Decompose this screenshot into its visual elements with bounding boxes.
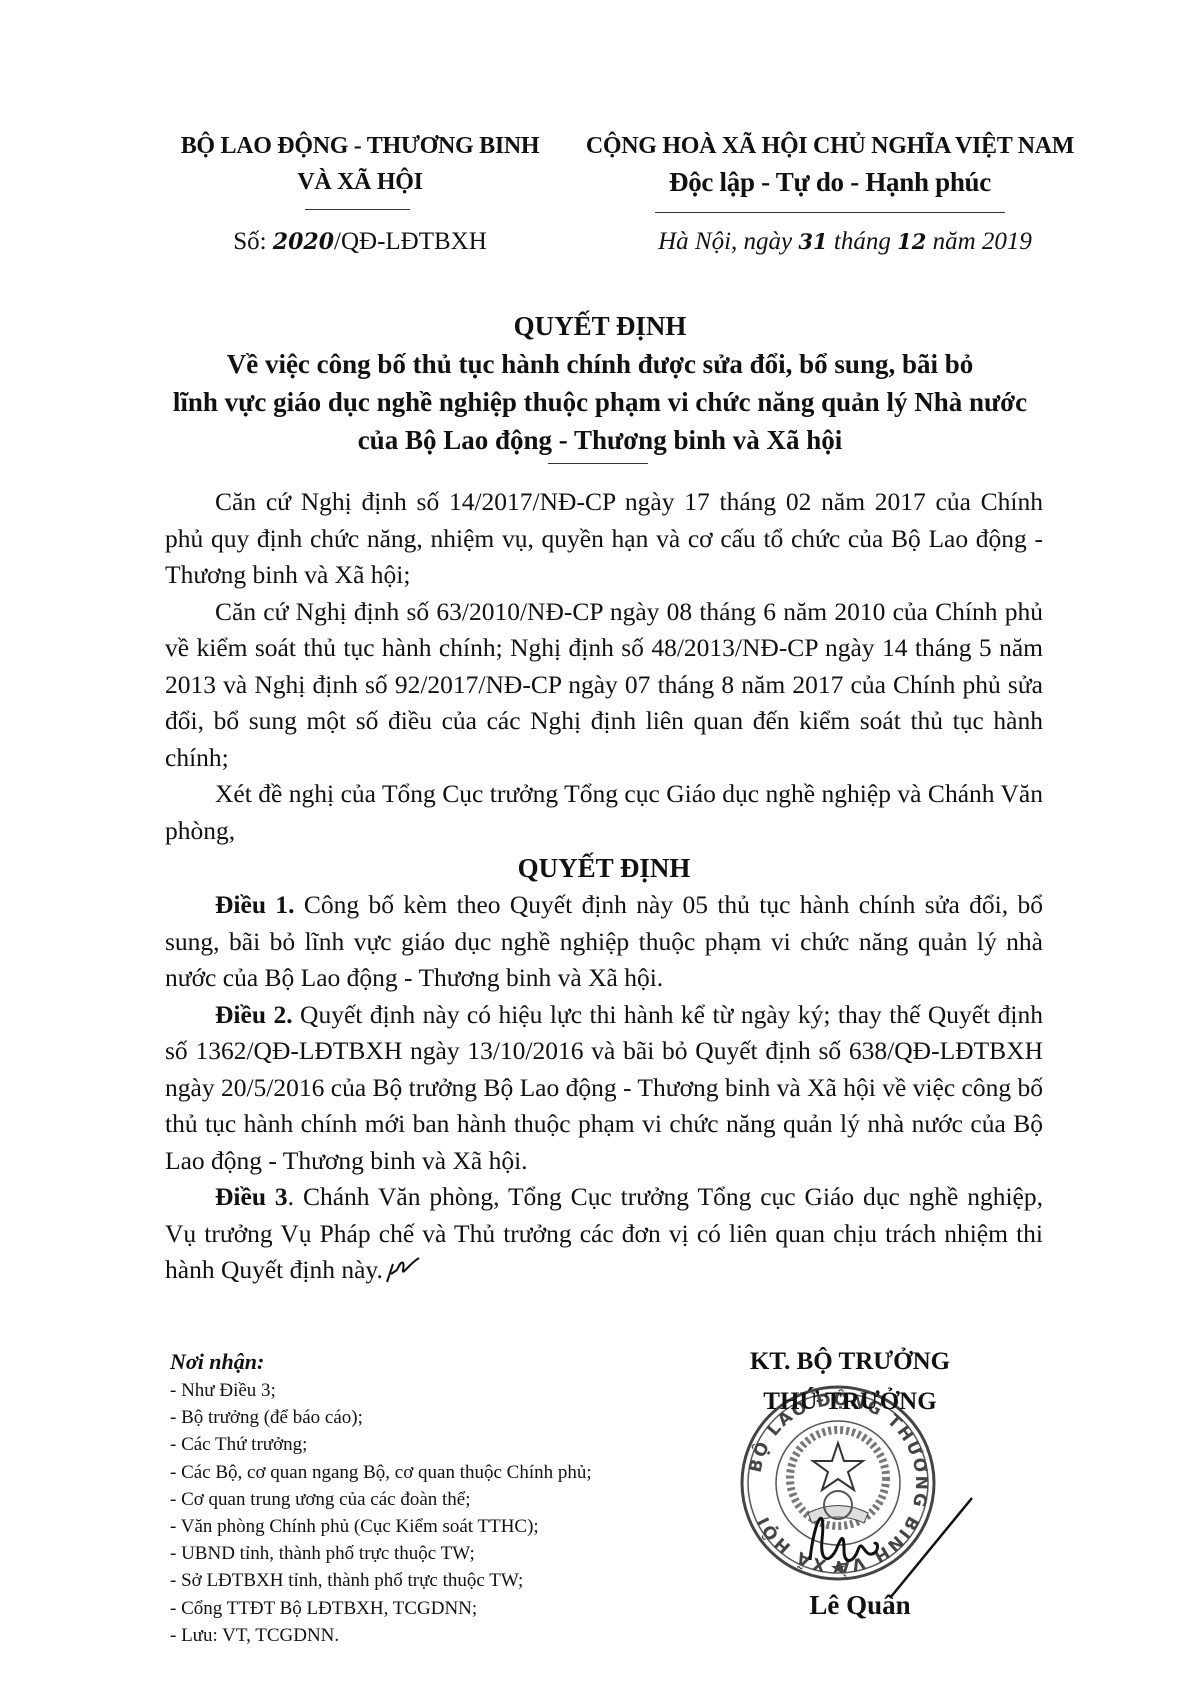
agency-underline: [305, 209, 410, 210]
recipient-item: - Như Điều 3;: [170, 1377, 690, 1404]
title-line-1: Về việc công bố thủ tục hành chính được …: [130, 345, 1070, 383]
article-2-label: Điều 2.: [215, 1000, 293, 1029]
country-name: CỘNG HOÀ XÃ HỘI CHỦ NGHĨA VIỆT NAM: [560, 128, 1100, 164]
title-line-3: của Bộ Lao động - Thương binh và Xã hội: [130, 421, 1070, 459]
article-2: Điều 2. Quyết định này có hiệu lực thi h…: [165, 997, 1043, 1180]
signature-block: KT. BỘ TRƯỞNG THỨ TRƯỞNG: [700, 1342, 1000, 1422]
recipient-item: - Bộ trưởng (để báo cáo);: [170, 1404, 690, 1431]
recipient-item: - Cổng TTĐT Bộ LĐTBXH, TCGDNN;: [170, 1595, 690, 1622]
recipient-item: - Các Thứ trưởng;: [170, 1431, 690, 1458]
signer-name: Lê Quân: [740, 1590, 980, 1621]
document-title: QUYẾT ĐỊNH Về việc công bố thủ tục hành …: [130, 307, 1070, 459]
recipient-item: - UBND tỉnh, thành phố trực thuộc TW;: [170, 1540, 690, 1567]
recipient-item: - Văn phòng Chính phủ (Cục Kiểm soát TTH…: [170, 1513, 690, 1540]
recipients-label: Nơi nhận:: [170, 1347, 690, 1377]
document-date: Hà Nội, ngày 31 tháng 12 năm 2019: [575, 228, 1115, 256]
title-heading: QUYẾT ĐỊNH: [130, 307, 1070, 345]
motto-underline: [655, 212, 1005, 213]
article-1-text: Công bố kèm theo Quyết định này 05 thủ t…: [165, 890, 1043, 992]
signature-title-1: KT. BỘ TRƯỞNG: [700, 1342, 1000, 1382]
preamble-3: Xét đề nghị của Tổng Cục trưởng Tổng cục…: [165, 776, 1043, 849]
signature-title-2: THỨ TRƯỞNG: [700, 1382, 1000, 1422]
preamble-2: Căn cứ Nghị định số 63/2010/NĐ-CP ngày 0…: [165, 594, 1043, 777]
article-3: Điều 3. Chánh Văn phòng, Tổng Cục trưởng…: [165, 1179, 1043, 1289]
doc-number-suffix: /QĐ-LĐTBXH: [334, 228, 487, 255]
article-1-label: Điều 1.: [215, 890, 295, 919]
date-year-label: năm: [926, 228, 982, 255]
article-3-label: Điều 3: [215, 1182, 288, 1211]
article-3-text: . Chánh Văn phòng, Tổng Cục trưởng Tổng …: [165, 1182, 1043, 1284]
article-1: Điều 1. Công bố kèm theo Quyết định này …: [165, 887, 1043, 997]
date-day: 31: [798, 229, 827, 254]
doc-number-handwritten: 2020: [273, 229, 334, 255]
doc-number-prefix: Số:: [233, 228, 273, 255]
agency-line-2: VÀ XÃ HỘI: [160, 164, 560, 200]
recipient-item: - Cơ quan trung ương của các đoàn thể;: [170, 1486, 690, 1513]
recipient-item: - Các Bộ, cơ quan ngang Bộ, cơ quan thuộ…: [170, 1459, 690, 1486]
date-place: Hà Nội, ngày: [658, 228, 798, 255]
agency-line-1: BỘ LAO ĐỘNG - THƯƠNG BINH: [160, 128, 560, 164]
recipient-item: - Lưu: VT, TCGDNN.: [170, 1622, 690, 1649]
title-underline: [548, 463, 648, 464]
recipient-item: - Sở LĐTBXH tỉnh, thành phố trực thuộc T…: [170, 1567, 690, 1594]
national-motto: Độc lập - Tự do - Hạnh phúc: [560, 164, 1100, 200]
preamble-1: Căn cứ Nghị định số 14/2017/NĐ-CP ngày 1…: [165, 484, 1043, 594]
document-number: Số: 2020/QĐ-LĐTBXH: [160, 228, 560, 256]
recipients-block: Nơi nhận: - Như Điều 3; - Bộ trưởng (để …: [170, 1347, 690, 1649]
decision-heading: QUYẾT ĐỊNH: [165, 849, 1043, 887]
initial-mark-icon: [383, 1256, 423, 1284]
title-line-2: lĩnh vực giáo dục nghề nghiệp thuộc phạm…: [130, 383, 1070, 421]
recipients-list: - Như Điều 3; - Bộ trưởng (để báo cáo); …: [170, 1377, 690, 1649]
national-header: CỘNG HOÀ XÃ HỘI CHỦ NGHĨA VIỆT NAM Độc l…: [560, 128, 1100, 200]
date-month-label: tháng: [828, 228, 897, 255]
date-month: 12: [897, 229, 926, 254]
issuing-agency: BỘ LAO ĐỘNG - THƯƠNG BINH VÀ XÃ HỘI: [160, 128, 560, 200]
document-body: Căn cứ Nghị định số 14/2017/NĐ-CP ngày 1…: [165, 483, 1043, 1289]
article-2-text: Quyết định này có hiệu lực thi hành kể t…: [165, 1000, 1043, 1175]
date-year: 2019: [982, 228, 1032, 255]
